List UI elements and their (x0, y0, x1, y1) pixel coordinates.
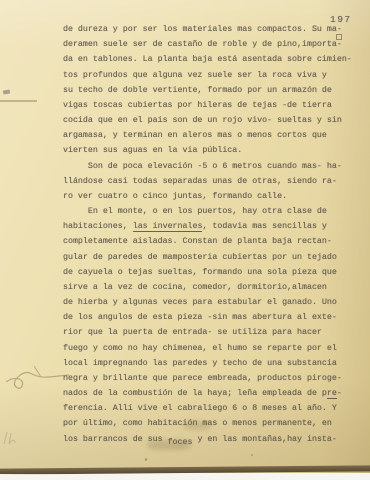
text-line: ro ver cuatro o cinco juntas, formando c… (63, 189, 363, 204)
text-line: da en tablones. La planta baja está asen… (63, 52, 363, 67)
pencil-mark-icon (0, 428, 18, 448)
text-line: de hierba y algunas veces para estabular… (63, 295, 363, 310)
line-segment: y en las montañas,hay insta- (192, 435, 336, 444)
erasure-smudge (147, 440, 191, 450)
line-segment: habitaciones, (63, 222, 133, 231)
text-line: vigas toscas cubiertas por hileras de te… (63, 98, 363, 113)
paper-bottom-edge (0, 465, 370, 474)
erasure-smudge (183, 421, 211, 430)
text-line: fuego y como no hay chimenea, el humo se… (63, 341, 363, 356)
text-line: En el monte, o en los puertos, hay otra … (63, 204, 363, 219)
text-line: de los angulos de esta pieza -sin mas ab… (63, 310, 363, 325)
pencil-annotation-icon (4, 360, 76, 390)
text-line: de cayuela o tejas sueltas, formando una… (63, 265, 363, 280)
line-segment: nados de la combustión de la haya; leña … (63, 389, 327, 398)
ink-speck (251, 454, 253, 456)
text-line: gular de paredes de mamposteria cubierta… (63, 250, 363, 265)
text-line: llándose casi todas separadas unas de ot… (63, 174, 363, 189)
scanned-typewritten-page: { "page": { "number": "197" }, "colors":… (0, 0, 370, 480)
text-line: rior que la puerta de entrada- se utiliz… (63, 325, 363, 340)
text-line: cocida que en el pais son de un rojo viv… (63, 113, 363, 128)
underlined-letters: re (327, 389, 337, 399)
text-line: Son de poca elevación -5 o 6 metros cuan… (63, 159, 363, 174)
margin-dash-mark (3, 90, 10, 94)
text-line: local impregnando las paredes y techo de… (63, 356, 363, 371)
ink-speck (145, 458, 148, 462)
text-line: vierten sus aguas en la via pública. (63, 143, 363, 158)
text-line: sirve a la vez de cocina, comedor, dormi… (63, 280, 363, 295)
typewritten-text-block: de dureza y por ser los materiales mas c… (63, 22, 363, 447)
text-line: por último, como habitación mas o menos … (63, 416, 363, 431)
underlined-term: las invernales (133, 222, 203, 232)
text-line: habitaciones, las invernales, todavia ma… (63, 219, 363, 234)
line-segment: , todavia mas sencillas y (202, 222, 326, 231)
text-line: completamente aisladas. Constan de plant… (63, 234, 363, 249)
text-line: tos profundos que alguna vez suele ser l… (63, 68, 363, 83)
text-line: nados de la combustión de la haya; leña … (63, 386, 363, 401)
text-line: argamasa, y terminan en aleros mas o men… (63, 128, 363, 143)
text-line: los barrancos de sus foces y en las mont… (63, 432, 363, 447)
text-line: deramen suele ser de castaño de roble y … (63, 37, 363, 52)
text-line: su techo de doble vertiente, formado por… (63, 83, 363, 98)
text-line: negra y brillante que parece embreada, p… (63, 371, 363, 386)
stray-ink-mark (336, 34, 342, 40)
line-segment: - (337, 389, 342, 398)
paper-sheet: 197 de dureza y por ser los materiales m… (0, 0, 370, 473)
text-line: ferencia. Allí vive el cabraliego 6 o 8 … (63, 401, 363, 416)
faint-margin-line (0, 100, 37, 102)
text-line: de dureza y por ser los materiales mas c… (63, 22, 363, 37)
